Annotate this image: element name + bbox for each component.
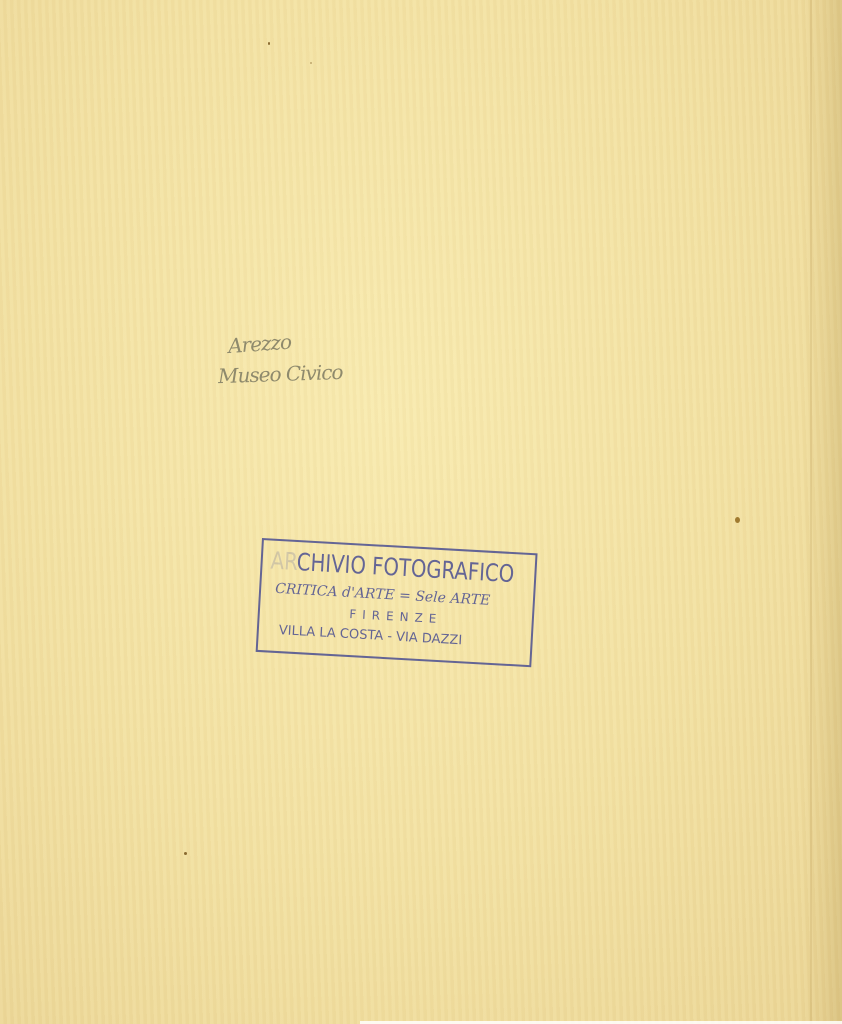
paper-background <box>0 0 842 1024</box>
paper-speck <box>310 62 312 64</box>
archive-stamp: ARCHIVIO FOTOGRAFICO CRITICA d'ARTE = Se… <box>256 538 538 667</box>
paper-speck <box>184 852 187 855</box>
handwriting-city: Arezzo <box>227 326 343 358</box>
paper-speck <box>735 517 740 523</box>
pencil-annotation: Arezzo Museo Civico <box>218 330 343 386</box>
paper-speck <box>268 42 270 45</box>
stamp-title-visible: CHIVIO FOTOGRAFICO <box>296 548 515 588</box>
stamp-title-faded: AR <box>270 547 298 576</box>
paper-fold-line <box>810 0 812 1024</box>
paper-right-edge-shadow <box>802 0 842 1024</box>
handwriting-museum: Museo Civico <box>218 360 343 388</box>
stamp-title: ARCHIVIO FOTOGRAFICO <box>270 547 484 587</box>
